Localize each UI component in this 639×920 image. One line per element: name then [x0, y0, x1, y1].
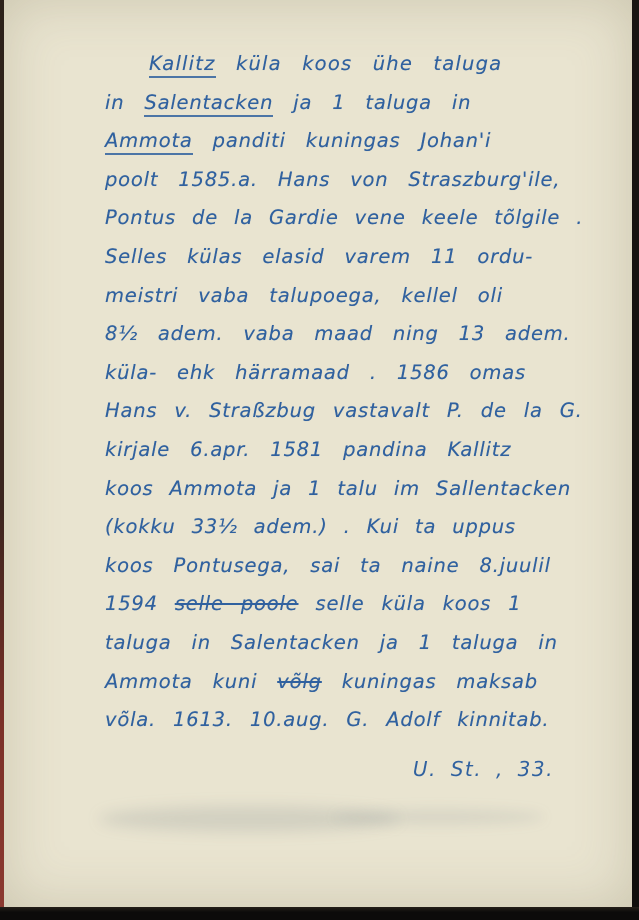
handwritten-text: meistri vaba talupoega, kellel oli: [105, 284, 503, 307]
manuscript-line: poolt 1585.a. Hans von Straszburg'ile,: [105, 168, 580, 207]
handwritten-text: 8½ adem. vaba maad ning 13 adem.: [105, 322, 571, 345]
manuscript-line: küla- ehk härramaad . 1586 omas: [105, 361, 580, 400]
handwritten-text: Hans v. Straßzbug vastavalt P. de la G.: [105, 399, 583, 422]
manuscript-line: koos Pontusega, sai ta naine 8.juulil: [105, 554, 580, 593]
manuscript-line: Kallitz küla koos ühe taluga: [105, 52, 580, 91]
manuscript-line: meistri vaba talupoega, kellel oli: [105, 284, 580, 323]
handwritten-text: küla koos ühe taluga: [216, 52, 503, 75]
ink-bleed-smudge: [334, 809, 544, 825]
handwritten-text: Ammota kuni: [105, 670, 277, 693]
manuscript-line: Selles külas elasid varem 11 ordu-: [105, 245, 580, 284]
photo-edge-right: [632, 0, 639, 920]
struck-through-word: võlg: [277, 670, 321, 693]
manuscript-line: Hans v. Straßzbug vastavalt P. de la G.: [105, 399, 580, 438]
manuscript-line: (kokku 33½ adem.) . Kui ta uppus: [105, 515, 580, 554]
handwritten-text: võla. 1613. 10.aug. G. Adolf kinnitab.: [105, 708, 549, 731]
handwritten-text: koos Ammota ja 1 talu im Sallentacken: [105, 477, 571, 500]
manuscript-line: 8½ adem. vaba maad ning 13 adem.: [105, 322, 580, 361]
manuscript-line: taluga in Salentacken ja 1 taluga in: [105, 631, 580, 670]
handwritten-text: küla- ehk härramaad . 1586 omas: [105, 361, 526, 384]
manuscript-line: in Salentacken ja 1 taluga in: [105, 91, 580, 130]
underlined-word: Salentacken: [144, 91, 273, 117]
manuscript-lines: Kallitz küla koos ühe talugain Salentack…: [4, 0, 632, 747]
manuscript-line: 1594 selle poole selle küla koos 1: [105, 592, 580, 631]
paper-sheet: Kallitz küla koos ühe talugain Salentack…: [4, 0, 632, 907]
photographed-manuscript-page: { "document": { "kind": "handwritten-arc…: [0, 0, 639, 920]
handwritten-text: kirjale 6.apr. 1581 pandina Kallitz: [105, 438, 511, 461]
source-citation: U. St. , 33.: [413, 757, 554, 781]
struck-through-word: selle poole: [175, 592, 299, 615]
manuscript-line: võla. 1613. 10.aug. G. Adolf kinnitab.: [105, 708, 580, 747]
underlined-word: Kallitz: [149, 52, 216, 78]
handwritten-text: kuningas maksab: [322, 670, 538, 693]
handwritten-text: selle küla koos 1: [298, 592, 521, 615]
underlined-word: Ammota: [105, 129, 193, 155]
photo-edge-bottom: [0, 907, 639, 920]
handwritten-text: poolt 1585.a. Hans von Straszburg'ile,: [105, 168, 560, 191]
manuscript-line: Ammota kuni võlg kuningas maksab: [105, 670, 580, 709]
handwritten-text: Selles külas elasid varem 11 ordu-: [105, 245, 533, 268]
handwritten-text: Pontus de la Gardie vene keele tõlgile .: [105, 206, 583, 229]
handwritten-text: panditi kuningas Johan'i: [193, 129, 492, 152]
handwritten-text: taluga in Salentacken ja 1 taluga in: [105, 631, 558, 654]
manuscript-line: Pontus de la Gardie vene keele tõlgile .: [105, 206, 580, 245]
handwritten-text: koos Pontusega, sai ta naine 8.juulil: [105, 554, 551, 577]
handwritten-text: 1594: [105, 592, 175, 615]
manuscript-line: koos Ammota ja 1 talu im Sallentacken: [105, 477, 580, 516]
manuscript-line: Ammota panditi kuningas Johan'i: [105, 129, 580, 168]
manuscript-line: kirjale 6.apr. 1581 pandina Kallitz: [105, 438, 580, 477]
handwritten-text: in: [105, 91, 144, 114]
handwritten-text: ja 1 taluga in: [273, 91, 471, 114]
handwritten-text: (kokku 33½ adem.) . Kui ta uppus: [105, 515, 516, 538]
